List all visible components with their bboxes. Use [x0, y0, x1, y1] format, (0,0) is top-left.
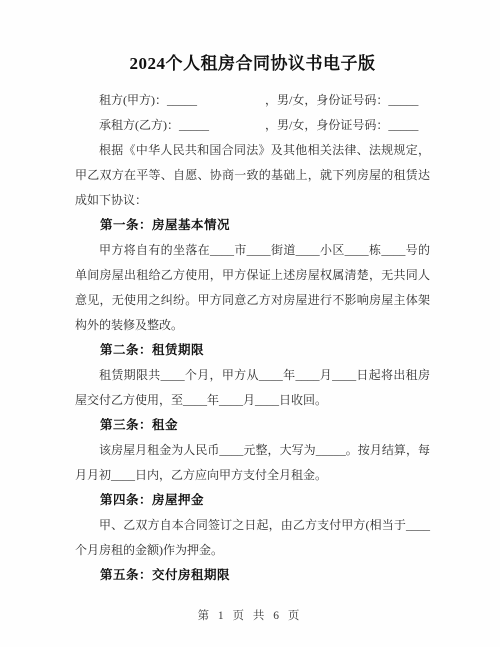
party-row-lessor: 租方(甲方)：_____ ，男/女，身份证号码：_____	[75, 88, 430, 113]
section-body-3: 该房屋月租金为人民币____元整，大写为_____。按月结算，每月月初____日…	[75, 438, 430, 488]
section-body-1: 甲方将自有的坐落在____市____街道____小区____栋____号的单间房…	[75, 238, 430, 338]
page-number: 第 1 页 共 6 页	[0, 607, 500, 623]
lessee-label-and-blank: 承租方(乙方)：_____	[75, 113, 265, 138]
contract-document-page: 2024个人租房合同协议书电子版 租方(甲方)：_____ ，男/女，身份证号码…	[0, 0, 500, 647]
section-heading-3: 第三条：租金	[75, 413, 430, 438]
party-row-lessee: 承租方(乙方)：_____ ，男/女，身份证号码：_____	[75, 113, 430, 138]
section-heading-1: 第一条：房屋基本情况	[75, 213, 430, 238]
section-body-2: 租赁期限共____个月，甲方从____年____月____日起将出租房屋交付乙方…	[75, 363, 430, 413]
page-title: 2024个人租房合同协议书电子版	[75, 50, 430, 78]
section-heading-4: 第四条：房屋押金	[75, 488, 430, 513]
lessor-label-and-blank: 租方(甲方)：_____	[75, 88, 265, 113]
section-heading-5: 第五条：交付房租期限	[75, 563, 430, 588]
document-body: 2024个人租房合同协议书电子版 租方(甲方)：_____ ，男/女，身份证号码…	[0, 0, 500, 647]
intro-paragraph: 根据《中华人民共和国合同法》及其他相关法律、法规规定，甲乙双方在平等、自愿、协商…	[75, 138, 430, 213]
section-heading-2: 第二条：租赁期限	[75, 338, 430, 363]
lessee-gender-id-blank: ，男/女，身份证号码：_____	[265, 113, 430, 138]
lessor-gender-id-blank: ，男/女，身份证号码：_____	[265, 88, 430, 113]
section-body-4: 甲、乙双方自本合同签订之日起，由乙方支付甲方(相当于____个月房租的金额)作为…	[75, 513, 430, 563]
